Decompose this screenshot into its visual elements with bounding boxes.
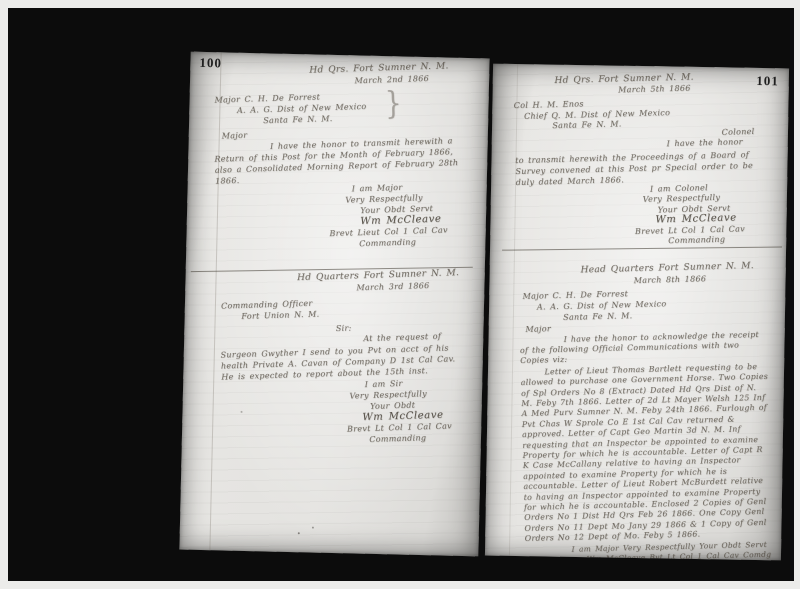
ledger-page-101: 101 Hd Qrs. Fort Sumner N. M. March 5th … bbox=[485, 64, 789, 561]
letter-block: Head Quarters Fort Sumner N. M. March 8t… bbox=[516, 260, 779, 560]
letter-body: I have the honor to acknowledge the rece… bbox=[520, 329, 771, 367]
letter-body: Letter of Lieut Thomas Bartlett requesti… bbox=[520, 361, 774, 544]
page-101-content: Hd Qrs. Fort Sumner N. M. March 5th 1866… bbox=[485, 64, 789, 561]
microfilm-background: 100 Hd Qrs. Fort Sumner N. M. March 2nd … bbox=[8, 8, 794, 581]
page-100-content: Hd Qrs. Fort Sumner N. M. March 2nd 1866… bbox=[179, 52, 489, 557]
letter-body: I have the honor to transmit herewith a … bbox=[214, 135, 462, 187]
ledger-page-100: 100 Hd Qrs. Fort Sumner N. M. March 2nd … bbox=[179, 52, 489, 557]
letter-block: Hd Quarters Fort Sumner N. M. March 3rd … bbox=[216, 268, 474, 450]
letter-block: Hd Qrs. Fort Sumner N. M. March 2nd 1866… bbox=[210, 61, 469, 254]
address-brace: } bbox=[385, 98, 402, 112]
letter-block: Hd Qrs. Fort Sumner N. M. March 5th 1866… bbox=[511, 71, 771, 251]
